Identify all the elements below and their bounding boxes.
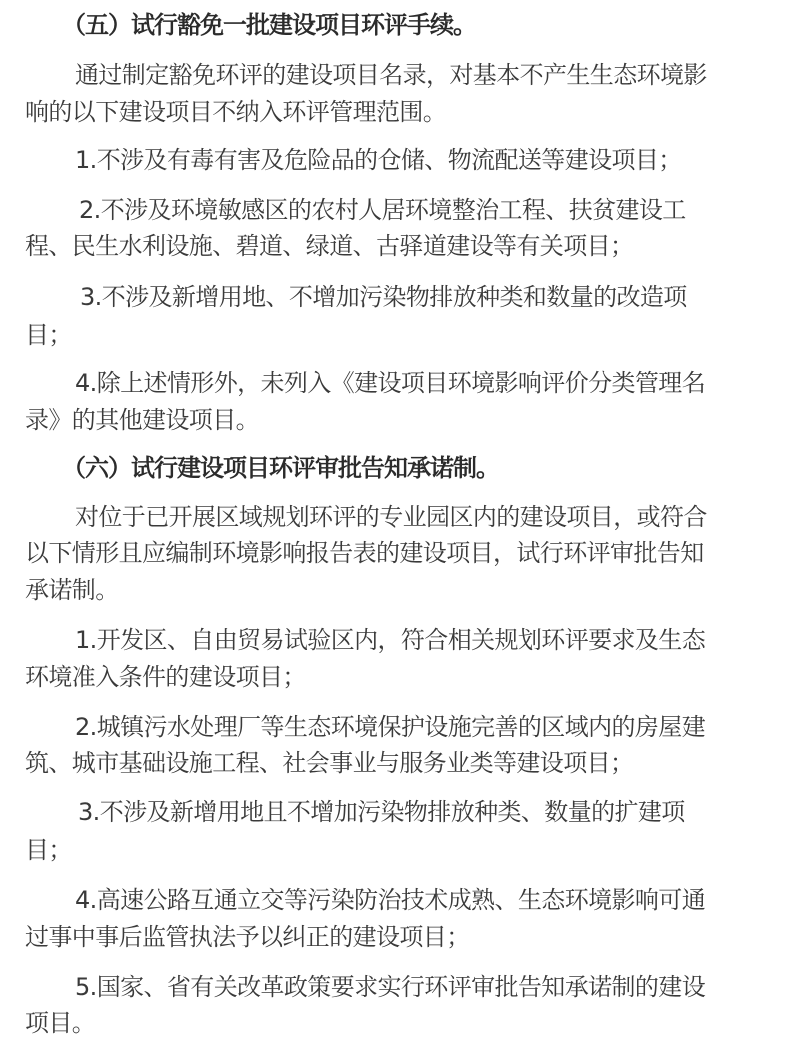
list-item-5: 5.国家、省有关改革政策要求实行环评审批告知承诺制的建设 (75, 972, 705, 1002)
section-heading-5: （五）试行豁免一批建设项目环评手续。 (62, 10, 476, 40)
list-item-4: 4.除上述情形外，未列入《建设项目环境影响评价分类管理名 (75, 368, 705, 398)
list-item-5-cont: 项目。 (25, 1008, 95, 1038)
list-item-4-cont: 录》的其他建设项目。 (25, 405, 259, 435)
list-item-3: 3.不涉及新增用地且不增加污染物排放种类、数量的扩建项 (78, 797, 685, 827)
list-item-3-cont: 目； (25, 835, 72, 865)
list-item-2-cont: 筑、城市基础设施工程、社会事业与服务业类等建设项目； (25, 748, 633, 778)
list-item-4: 4.高速公路互通立交等污染防治技术成熟、生态环境影响可通 (75, 885, 705, 915)
paragraph-line: 响的以下建设项目不纳入环评管理范围。 (25, 97, 446, 127)
list-item-1: 1.不涉及有毒有害及危险品的仓储、物流配送等建设项目； (75, 145, 682, 175)
section-heading-6: （六）试行建设项目环评审批告知承诺制。 (62, 453, 499, 483)
paragraph-line: 对位于已开展区域规划环评的专业园区内的建设项目，或符合 (75, 502, 707, 532)
paragraph-line: 承诺制。 (25, 575, 119, 605)
list-item-1-cont: 环境准入条件的建设项目； (25, 662, 306, 692)
paragraph-line: 以下情形且应编制环境影响报告表的建设项目，试行环评审批告知 (25, 538, 704, 568)
paragraph-line: 通过制定豁免环评的建设项目名录，对基本不产生生态环境影 (75, 60, 707, 90)
list-item-3-cont: 目； (25, 320, 72, 350)
list-item-4-cont: 过事中事后监管执法予以纠正的建设项目； (25, 922, 470, 952)
list-item-3: 3.不涉及新增用地、不增加污染物排放种类和数量的改造项 (80, 282, 687, 312)
list-item-2-cont: 程、民生水利设施、碧道、绿道、古驿道建设等有关项目； (25, 231, 633, 261)
list-item-1: 1.开发区、自由贸易试验区内，符合相关规划环评要求及生态 (75, 625, 705, 655)
list-item-2: 2.城镇污水处理厂等生态环境保护设施完善的区域内的房屋建 (75, 712, 705, 742)
list-item-2: 2.不涉及环境敏感区的农村人居环境整治工程、扶贫建设工 (79, 195, 686, 225)
